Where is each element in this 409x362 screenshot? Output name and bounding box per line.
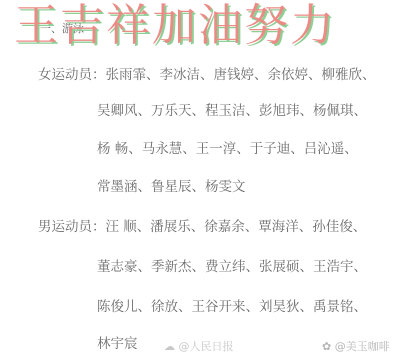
male-label: 男运动员： [38, 219, 106, 235]
watermark-right: ✿ @美玉咖啡 [322, 338, 390, 354]
male-line-3: 陈俊儿、徐放、王谷开来、刘昊狄、禹景铭、 [97, 295, 367, 315]
female-line-4: 常墨涵、鲁星辰、杨雯文 [97, 175, 246, 195]
watermark-left-text: @人民日报 [179, 340, 234, 353]
male-line-1: 男运动员：汪 顺、潘展乐、徐嘉余、覃海洋、孙佳俊、 [38, 215, 366, 235]
paw-icon: ✿ [322, 340, 331, 353]
watermark-left: ☁ @人民日报 [164, 338, 234, 354]
female-line-1: 女运动员：张雨霏、李冰洁、唐钱婷、余依婷、柳雅欣、 [38, 63, 376, 83]
male-line-4: 林宇宸 [97, 332, 138, 352]
female-names: 张雨霏、李冰洁、唐钱婷、余依婷、柳雅欣、 [106, 67, 376, 83]
female-line-2: 吴卿风、万乐天、程玉洁、彭旭玮、杨佩琪、 [97, 99, 367, 119]
female-label: 女运动员： [38, 67, 106, 83]
overlay-title: 王吉祥加油努力 [14, 0, 336, 54]
male-line-2: 董志豪、季新杰、费立纬、张展硕、王浩宇、 [97, 255, 367, 275]
watermark-right-text: @美玉咖啡 [335, 340, 390, 353]
female-line-3: 杨 畅、马永慧、王一淳、于子迪、吕沁遥、 [97, 137, 358, 157]
male-names: 汪 顺、潘展乐、徐嘉余、覃海洋、孙佳俊、 [106, 219, 367, 235]
weibo-icon: ☁ [164, 340, 175, 353]
